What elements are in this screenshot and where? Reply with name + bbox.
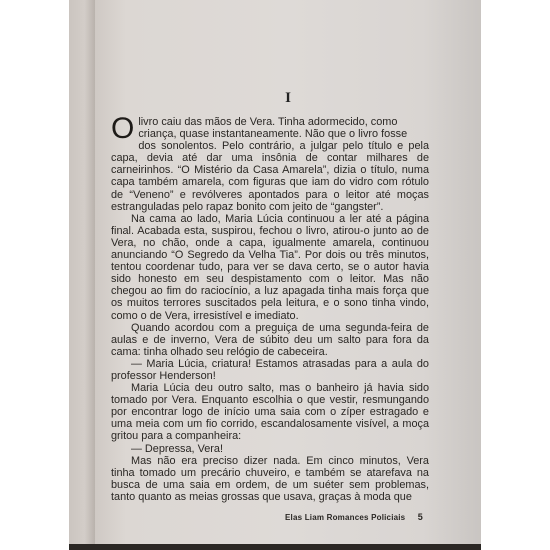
book-page: I O livro caiu das mãos de Vera. Tinha a… bbox=[95, 0, 481, 545]
paragraph-5: Maria Lúcia deu outro salto, mas o banhe… bbox=[111, 382, 429, 442]
first-line: livro caiu das mãos de Vera. Tinha adorm… bbox=[111, 116, 429, 128]
page-number: 5 bbox=[418, 512, 423, 522]
paragraph-3: Quando acordou com a preguiça de uma seg… bbox=[111, 322, 429, 358]
footer-title: Elas Liam Romances Policiais bbox=[285, 513, 405, 522]
paragraph-1-rest: dos sonolentos. Pelo contrário, a julgar… bbox=[111, 140, 429, 212]
drop-cap: O bbox=[111, 116, 134, 142]
paragraph-6: — Depressa, Vera! bbox=[111, 443, 429, 455]
paragraph-2: Na cama ao lado, Maria Lúcia continuou a… bbox=[111, 213, 429, 322]
paragraph-4: — Maria Lúcia, criatura! Estamos atrasad… bbox=[111, 358, 429, 382]
paragraph-7: Mas não era preciso dizer nada. Em cinco… bbox=[111, 455, 429, 503]
paragraph-1: O livro caiu das mãos de Vera. Tinha ado… bbox=[111, 116, 429, 213]
shadow-band bbox=[69, 544, 481, 550]
book-photo: I O livro caiu das mãos de Vera. Tinha a… bbox=[69, 0, 481, 550]
previous-page-edge bbox=[69, 0, 95, 550]
running-footer: Elas Liam Romances Policiais 5 bbox=[285, 512, 423, 522]
chapter-heading: I bbox=[95, 90, 481, 107]
second-line: criança, quase instantaneamente. Não que… bbox=[111, 128, 429, 140]
body-text: O livro caiu das mãos de Vera. Tinha ado… bbox=[111, 116, 429, 503]
